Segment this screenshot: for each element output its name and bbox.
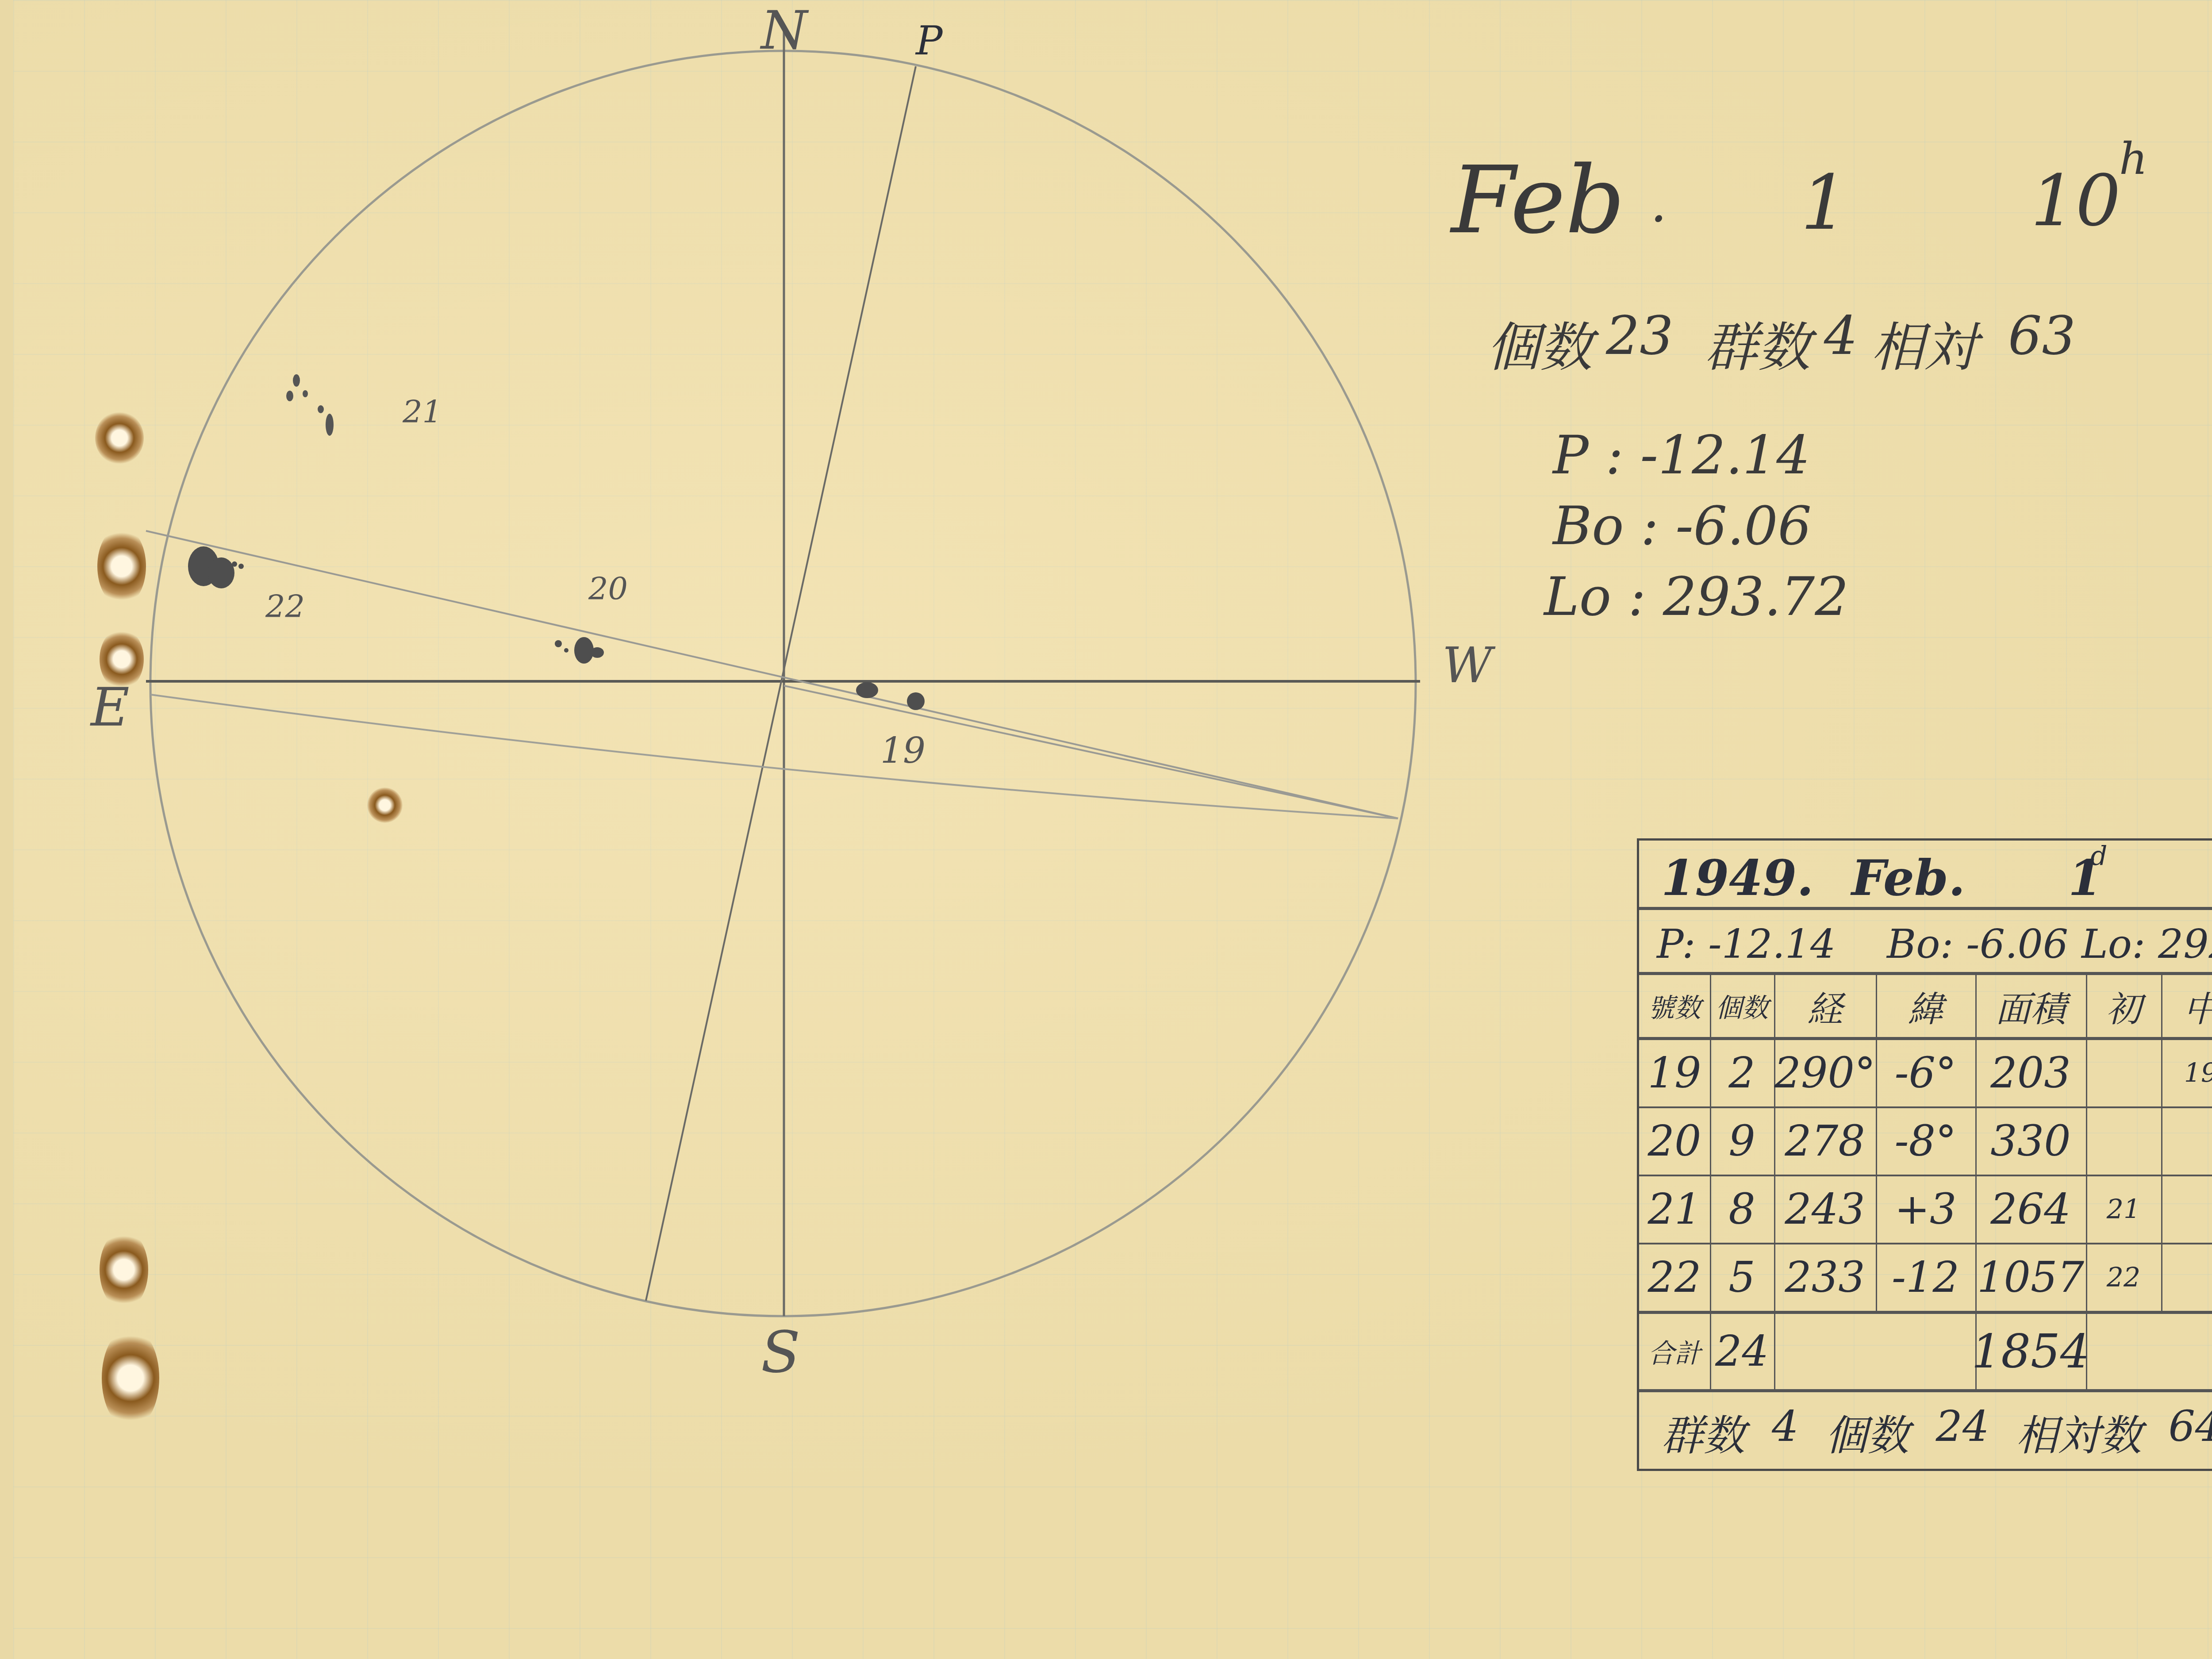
summary-line: 個数 23 群数 4 相対 63 [1486,305,2076,381]
col-latitude: 緯 [1876,975,1977,1037]
table-year: 1949. [1661,849,1813,906]
footer-spot: 24 [1935,1402,1989,1463]
sunspot-group-21 [286,374,334,436]
col-area: 面積 [1975,975,2087,1037]
footer-relative: 64 [2168,1402,2212,1463]
sunspot-record-table: 1949. Feb. 1 d 10 h P: -12.14 Bo: -6.06 … [1637,838,2212,1471]
table-param-lo: Lo: 292.62 [2081,921,2212,968]
north-label: N [761,0,807,61]
south-label: S [761,1318,800,1386]
sunspot-group-22 [188,546,244,588]
footer-group: 4 [1772,1402,1798,1463]
sunspot-label-22: 22 [265,588,305,625]
total-label: 合計 [1639,1314,1711,1389]
relative-number: 63 [2008,305,2076,381]
spot-count: 23 [1606,305,1674,381]
col-mid: 中 [2161,975,2212,1037]
col-first: 初 [2086,975,2162,1037]
param-p: P : -12.14 [1553,425,1810,486]
group-count: 4 [1824,305,1858,381]
table-params-row: P: -12.14 Bo: -6.06 Lo: 292.62 [1639,910,2212,975]
col-count: 個数 [1710,975,1775,1037]
pole-axis-label: P [916,18,943,64]
table-row: 20 9 278 -8° 330 [1639,1108,2212,1176]
param-bo: Bo : -6.06 [1553,495,1812,557]
paper-sheet: N P S E W 21 22 20 19 Feb . 1 10 h 個数 23… [13,0,2212,1659]
table-row: 21 8 243 +3 264 21 [1639,1176,2212,1244]
footer-relative-label: 相対数 [2016,1402,2142,1463]
sunspot-label-21: 21 [403,394,442,430]
header-hour-unit: h [2119,133,2147,184]
header-dot: . [1650,173,1667,234]
solar-disk-diagram [13,0,1473,1371]
header-hour: 10 [2031,159,2121,242]
header-month: Feb [1451,146,1625,254]
total-count: 24 [1710,1314,1775,1389]
table-total-row: 合計 24 1854 [1639,1314,2212,1392]
table-day-unit: d [2090,841,2107,872]
relative-label: 相対 [1871,305,1977,381]
table-row: 22 5 233 -12 1057 22 [1639,1244,2212,1314]
spot-count-label: 個数 [1486,305,1593,381]
table-param-bo: Bo: -6.06 [1887,921,2068,968]
table-param-p: P: -12.14 [1657,921,1836,968]
table-title-row: 1949. Feb. 1 d 10 h [1639,841,2212,910]
footer-spot-label: 個数 [1825,1402,1909,1463]
east-label: E [91,677,130,738]
table-header-row: 號数 個数 経 緯 面積 初 中 末 [1639,975,2212,1040]
sunspot-group-20 [555,637,604,664]
sunspot-label-20: 20 [588,571,628,607]
total-area: 1854 [1975,1314,2087,1389]
param-lo: Lo : 293.72 [1544,566,1849,628]
header-day: 1 [1801,159,1848,247]
col-number: 號数 [1639,975,1711,1037]
west-label: W [1442,637,1492,694]
table-month: Feb. [1851,849,1965,906]
table-footer: 群数 4 個数 24 相対数 64 [1661,1402,2212,1463]
sunspot-group-19 [856,682,925,710]
footer-group-label: 群数 [1661,1402,1745,1463]
table-row: 19 2 290° -6° 203 19 [1639,1040,2212,1108]
sunspot-label-19: 19 [880,730,926,771]
col-longitude: 経 [1774,975,1877,1037]
group-count-label: 群数 [1705,305,1811,381]
